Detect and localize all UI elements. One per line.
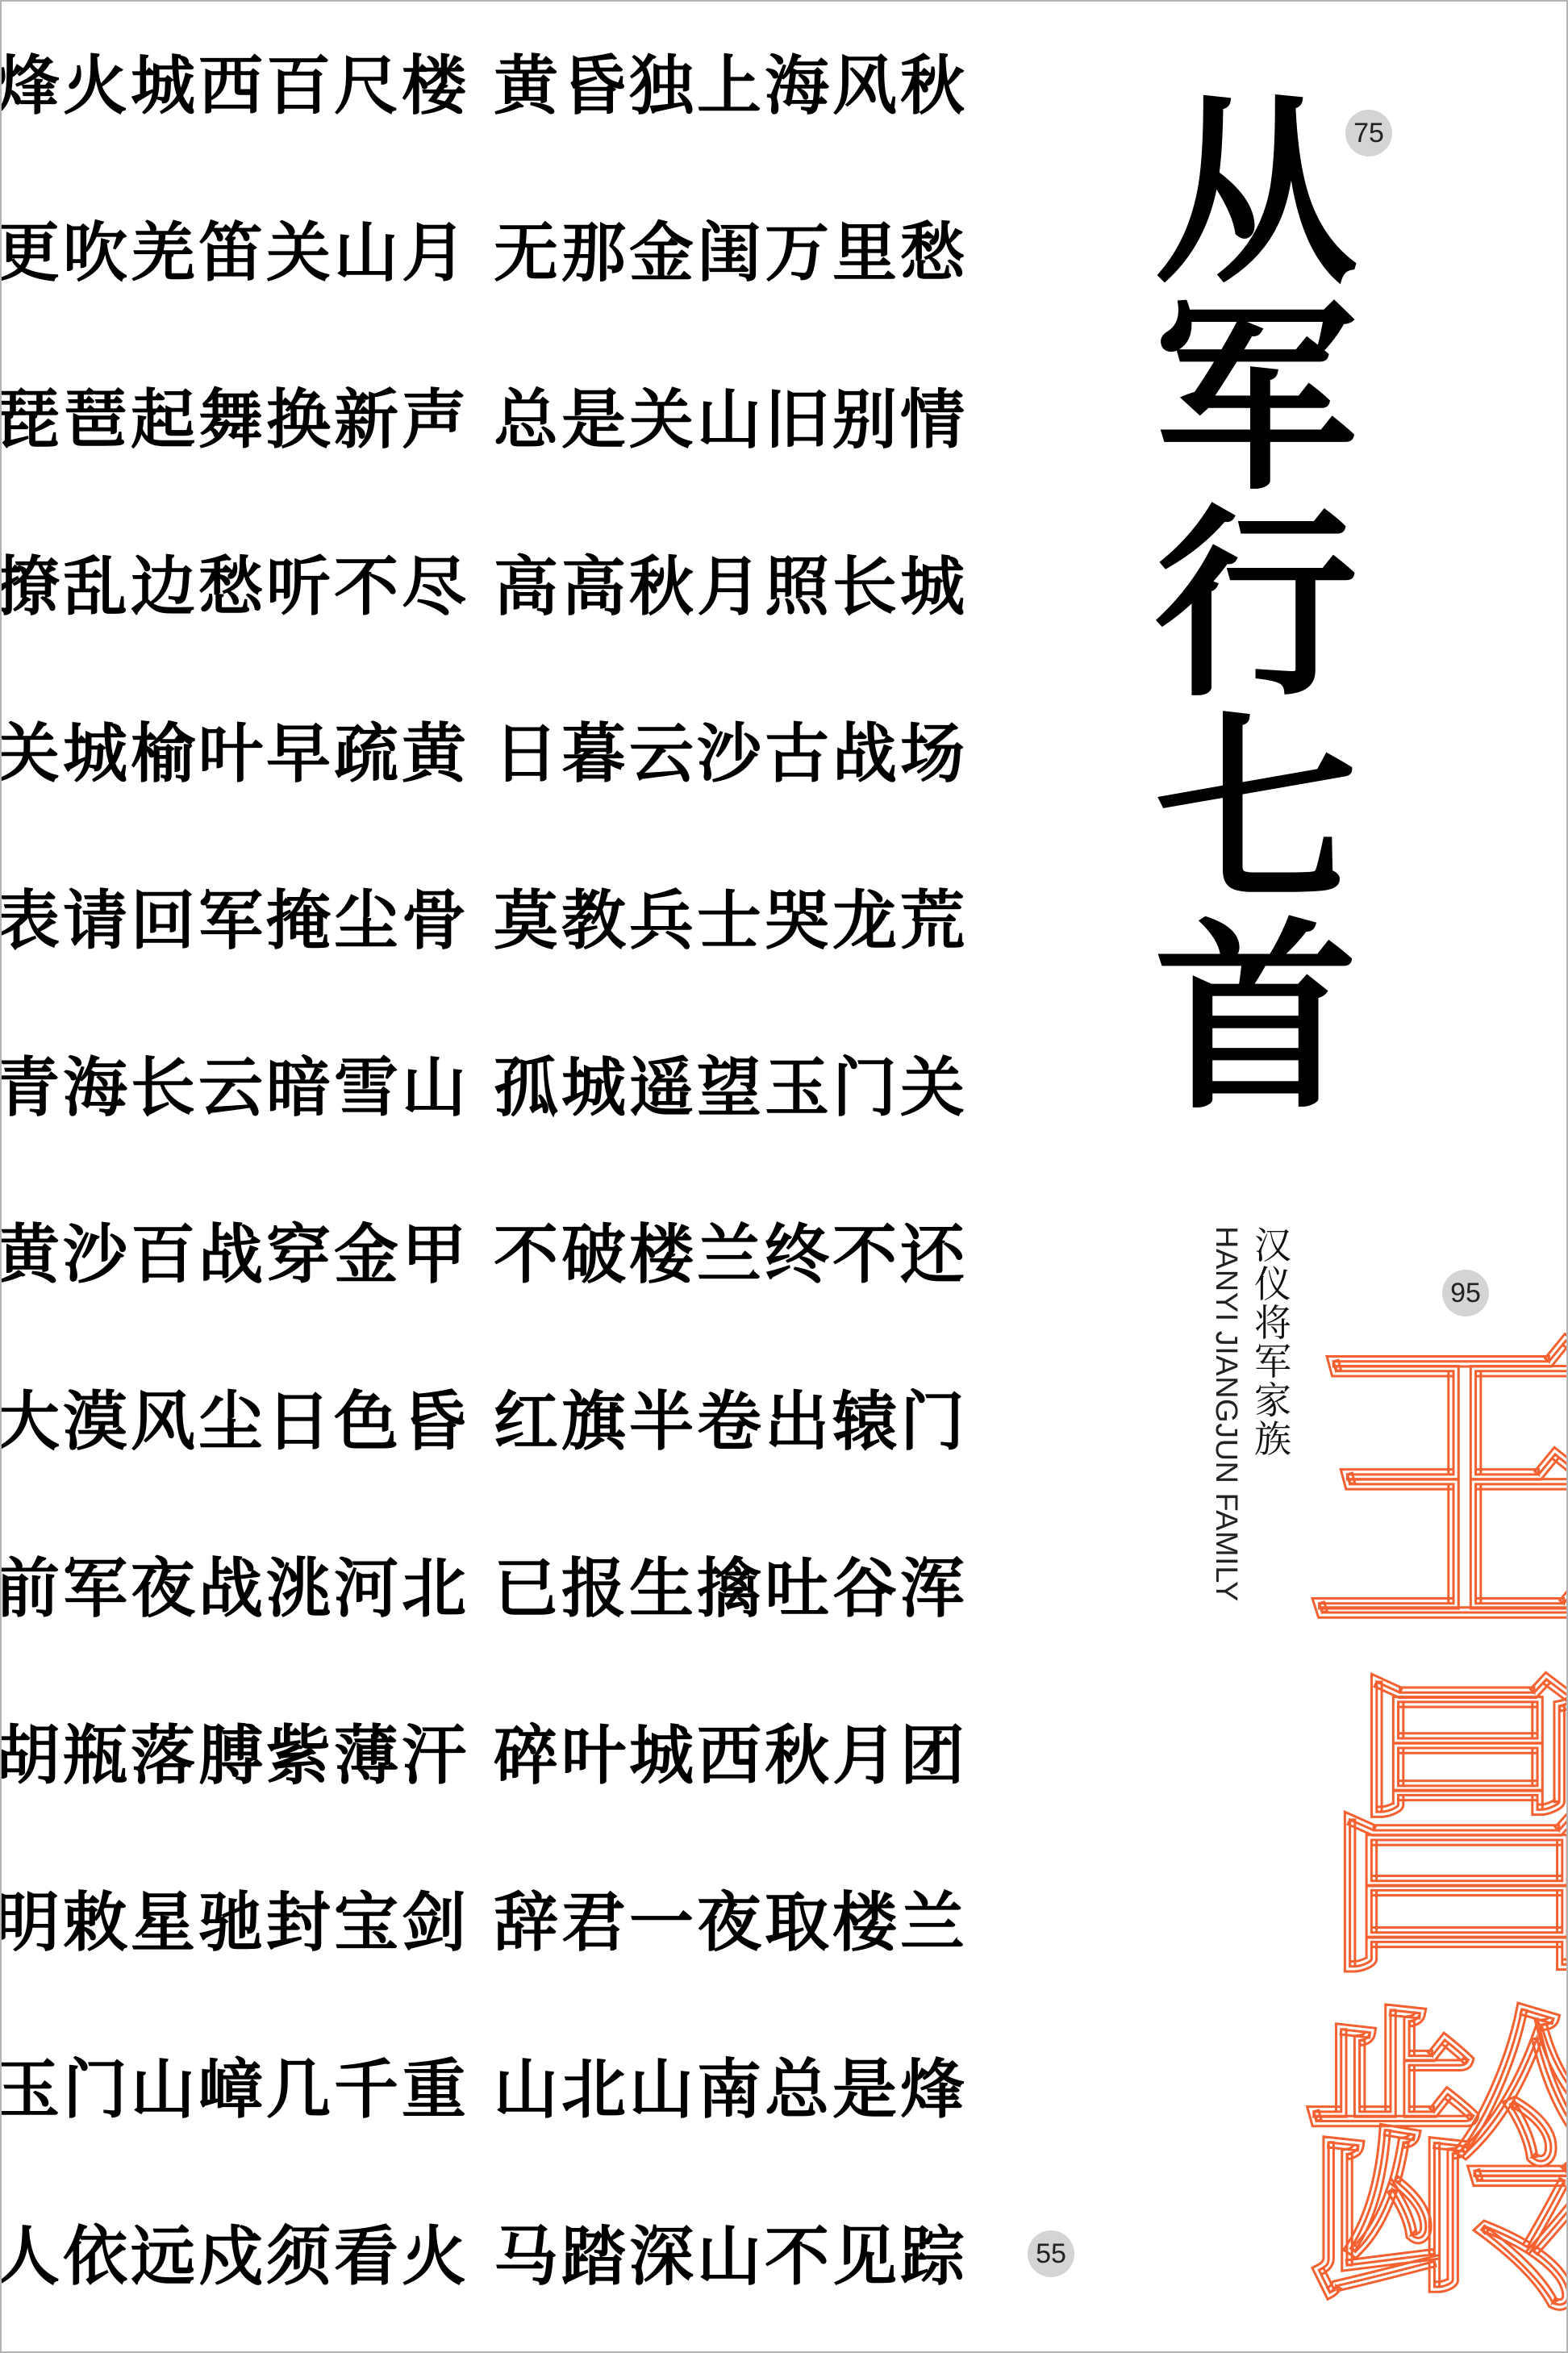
title-char: 行 xyxy=(1147,503,1365,710)
weight-badge-55: 55 xyxy=(1028,2230,1074,2277)
font-name-char: 族 xyxy=(1253,1420,1293,1458)
weight-badge-75: 75 xyxy=(1345,110,1392,156)
verse-first: 琵琶起舞换新声 xyxy=(0,382,469,457)
verse-second: 辞君一夜取楼兰 xyxy=(494,1885,968,1960)
poem-line: 更吹羌笛关山月无那金闺万里愁 xyxy=(0,213,968,294)
author-char: 昌 xyxy=(1295,1662,1568,2000)
font-family-name-en: HANYI JIANGJUN FAMILY xyxy=(1213,1226,1239,1602)
verse-first: 胡瓶落膊紫薄汗 xyxy=(0,1718,469,1793)
verse-first: 黄沙百战穿金甲 xyxy=(0,1217,469,1292)
poem-line: 烽火城西百尺楼黄昏独上海风秋 xyxy=(0,46,968,127)
poem-line: 表请回军掩尘骨莫教兵士哭龙荒 xyxy=(0,881,968,962)
verse-first: 撩乱边愁听不尽 xyxy=(0,549,469,624)
verse-second: 总是关山旧别情 xyxy=(494,382,968,457)
poem-line: 胡瓶落膊紫薄汗碎叶城西秋月团 xyxy=(0,1716,968,1796)
author-outline-text: 王 昌 龄 xyxy=(1295,1323,1568,2339)
font-name-char: 家 xyxy=(1253,1381,1293,1420)
title-char: 七 xyxy=(1147,710,1365,916)
verse-second: 马踏深山不见踪 xyxy=(494,2219,968,2294)
verse-second: 莫教兵士哭龙荒 xyxy=(494,883,968,958)
font-name-char: 军 xyxy=(1253,1342,1293,1381)
verse-first: 烽火城西百尺楼 xyxy=(0,48,469,123)
font-name-char: 将 xyxy=(1253,1304,1293,1342)
poem-line: 玉门山嶂几千重山北山南总是烽 xyxy=(0,2050,968,2130)
verse-first: 表请回军掩尘骨 xyxy=(0,883,469,958)
verse-second: 无那金闺万里愁 xyxy=(494,215,968,290)
font-name-char: 仪 xyxy=(1253,1265,1293,1304)
poem-line: 前军夜战洮河北已报生擒吐谷浑 xyxy=(0,1549,968,1629)
verse-second: 高高秋月照长城 xyxy=(494,549,968,624)
title-char: 军 xyxy=(1147,297,1365,503)
verse-second: 日暮云沙古战场 xyxy=(494,716,968,791)
verse-first: 人依远戍须看火 xyxy=(0,2219,469,2294)
verse-first: 前军夜战洮河北 xyxy=(0,1551,469,1626)
verse-first: 明敕星驰封宝剑 xyxy=(0,1885,469,1960)
poem-line: 黄沙百战穿金甲不破楼兰终不还 xyxy=(0,1215,968,1295)
font-family-name-cn: 汉 仪 将 军 家 族 xyxy=(1253,1226,1293,1458)
verse-first: 更吹羌笛关山月 xyxy=(0,215,469,290)
font-name-char: 汉 xyxy=(1253,1226,1293,1265)
verse-second: 孤城遥望玉门关 xyxy=(494,1050,968,1125)
page-title: 从 军 行 七 首 xyxy=(1147,90,1365,1123)
verse-first: 大漠风尘日色昏 xyxy=(0,1384,469,1459)
title-char: 首 xyxy=(1147,916,1365,1123)
poem-line: 大漠风尘日色昏红旗半卷出辕门 xyxy=(0,1382,968,1462)
author-char: 王 xyxy=(1295,1323,1568,1662)
author-char: 龄 xyxy=(1295,2000,1568,2339)
poem-line: 琵琶起舞换新声总是关山旧别情 xyxy=(0,380,968,461)
verse-second: 山北山南总是烽 xyxy=(494,2052,968,2127)
poem-line: 青海长云暗雪山孤城遥望玉门关 xyxy=(0,1048,968,1129)
poem-line: 明敕星驰封宝剑辞君一夜取楼兰 xyxy=(0,1883,968,1963)
verse-second: 黄昏独上海风秋 xyxy=(494,48,968,123)
verse-second: 红旗半卷出辕门 xyxy=(494,1384,968,1459)
title-char: 从 xyxy=(1147,90,1365,297)
poem-line: 撩乱边愁听不尽高高秋月照长城 xyxy=(0,547,968,628)
verse-first: 青海长云暗雪山 xyxy=(0,1050,469,1125)
poem-line: 人依远戍须看火马踏深山不见踪 xyxy=(0,2217,968,2297)
verse-first: 关城榆叶早疏黄 xyxy=(0,716,469,791)
verse-second: 碎叶城西秋月团 xyxy=(494,1718,968,1793)
verse-second: 不破楼兰终不还 xyxy=(494,1217,968,1292)
verse-second: 已报生擒吐谷浑 xyxy=(494,1551,968,1626)
verse-first: 玉门山嶂几千重 xyxy=(0,2052,469,2127)
poem-line: 关城榆叶早疏黄日暮云沙古战场 xyxy=(0,714,968,795)
